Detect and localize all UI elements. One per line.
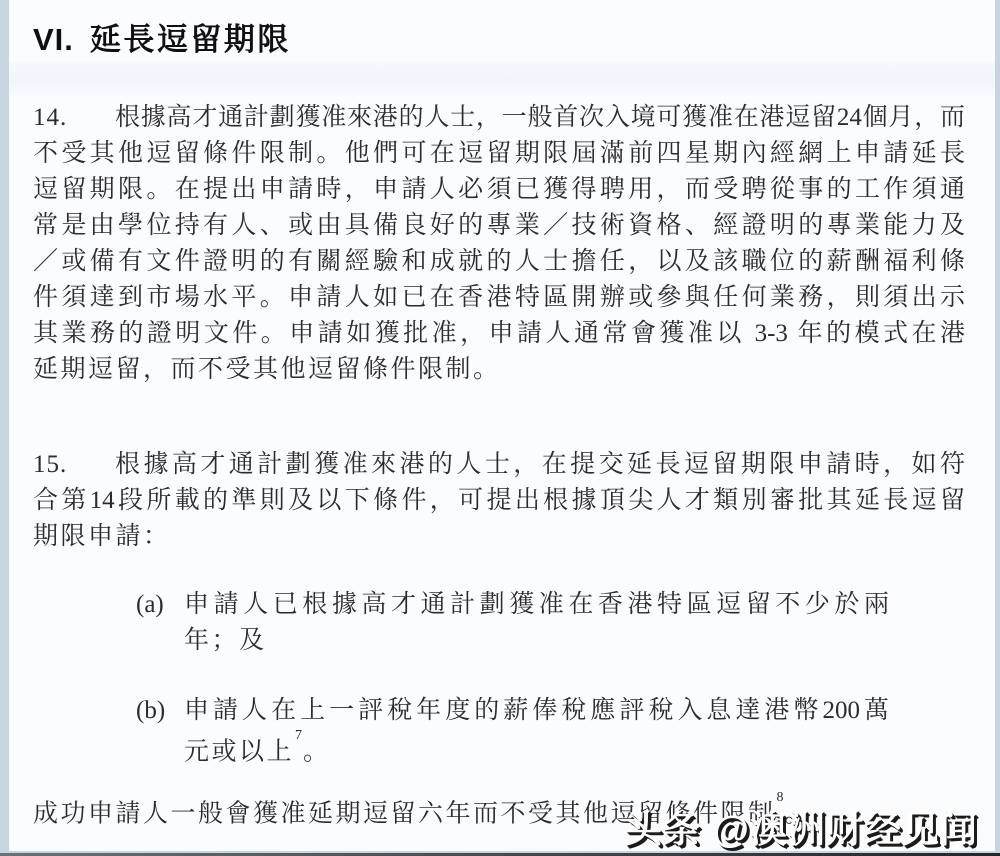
paragraph-15-number: 15. <box>33 447 115 483</box>
list-item-b-line2-text: 元或以上 <box>184 738 294 765</box>
list-item-a-label: (a) <box>136 587 184 623</box>
list-item-b-line2-period: 。 <box>303 738 331 765</box>
list-item-b-line: 元或以上7。 <box>184 729 889 765</box>
paragraph-15-first-line: 15. 根據高才通計劃獲准來港的人士，在提交延長逗留期限申請時，如符 <box>33 447 965 483</box>
paragraph-15-line: 根據高才通計劃獲准來港的人士，在提交延長逗留期限申請時，如符 <box>115 447 965 483</box>
list-item-a-line: 年；及 <box>184 623 889 659</box>
list-item-a-text: 申請人已根據高才通計劃獲准在香港特區逗留不少於兩 年；及 <box>184 587 889 659</box>
footnote-marker-8: 8 <box>777 790 784 805</box>
list-item-a: (a) 申請人已根據高才通計劃獲准在香港特區逗留不少於兩 年；及 <box>136 587 965 659</box>
paragraph-14-number: 14. <box>33 100 115 136</box>
paragraph-14-line: 其業務的證明文件。申請如獲批准，申請人通常會獲准以 3-3 年的模式在港 <box>33 316 965 352</box>
paragraph-14-line: 逗留期限。在提出申請時，申請人必須已獲得聘用，而受聘從事的工作須通 <box>33 172 965 208</box>
watermark-handle: @澳洲财经见闻 <box>713 809 978 850</box>
section-title: VI.延長逗留期限 <box>33 20 965 60</box>
list-item-b-line: 申請人在上一評稅年度的薪俸稅應評稅入息達港幣200萬 <box>184 693 889 729</box>
list-item-b: (b) 申請人在上一評稅年度的薪俸稅應評稅入息達港幣200萬 元或以上7。 <box>136 693 965 765</box>
paragraph-14-line: 根據高才通計劃獲准來港的人士，一般首次入境可獲准在港逗留24個月，而 <box>115 100 965 136</box>
document-page: VI.延長逗留期限 14. 根據高才通計劃獲准來港的人士，一般首次入境可獲准在港… <box>9 0 995 851</box>
paragraph-14-line: ／或備有文件證明的有關經驗和成就的人士擔任，以及該職位的薪酬福利條 <box>33 244 965 280</box>
paragraph-14-last-line: 延期逗留，而不受其他逗留條件限制。 <box>33 352 965 388</box>
watermark-brand-logo: 头条 <box>625 809 701 850</box>
watermark: 头条@澳洲财经见闻 <box>625 806 978 854</box>
list-item-b-label: (b) <box>136 693 184 729</box>
list-item-b-text: 申請人在上一評稅年度的薪俸稅應評稅入息達港幣200萬 元或以上7。 <box>184 693 889 765</box>
paragraph-15-line: 合第14段所載的準則及以下條件，可提出根據頂尖人才類別審批其延長逗留 <box>33 483 965 519</box>
paragraph-15: 15. 根據高才通計劃獲准來港的人士，在提交延長逗留期限申請時，如符 合第14段… <box>33 447 965 555</box>
paragraph-14-first-line: 14. 根據高才通計劃獲准來港的人士，一般首次入境可獲准在港逗留24個月，而 <box>33 100 965 136</box>
paragraph-14: 14. 根據高才通計劃獲准來港的人士，一般首次入境可獲准在港逗留24個月，而 不… <box>33 100 965 388</box>
list-item-a-line: 申請人已根據高才通計劃獲准在香港特區逗留不少於兩 <box>184 587 889 623</box>
paragraph-14-line: 常是由學位持有人、或由具備良好的專業／技術資格、經證明的專業能力及 <box>33 208 965 244</box>
paragraph-14-line: 件須達到市場水平。申請人如已在香港特區開辦或參與任何業務，則須出示 <box>33 280 965 316</box>
document-content: VI.延長逗留期限 14. 根據高才通計劃獲准來港的人士，一般首次入境可獲准在港… <box>9 0 995 827</box>
section-number: VI. <box>33 22 74 57</box>
paragraph-15-last-line: 期限申請： <box>33 519 965 555</box>
section-title-text: 延長逗留期限 <box>90 22 291 57</box>
footnote-marker-7: 7 <box>295 728 302 743</box>
paragraph-14-line: 不受其他逗留條件限制。他們可在逗留期限屆滿前四星期內經網上申請延長 <box>33 136 965 172</box>
